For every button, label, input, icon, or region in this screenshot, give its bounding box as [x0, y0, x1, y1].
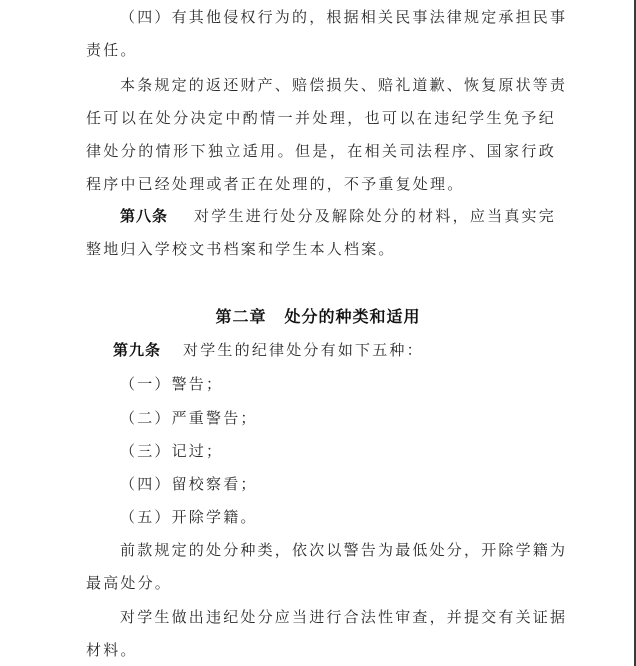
article-label: 第九条: [113, 341, 161, 359]
article-9: 第九条对学生的纪律处分有如下五种：: [113, 338, 583, 362]
paragraph-line: 任可以在处分决定中酌情一并处理，也可以在违纪学生免予纪: [86, 106, 556, 130]
article-8: 第八条 对学生进行处分及解除处分的材料，应当真实完: [120, 204, 556, 228]
paragraph-text: 对学生的纪律处分有如下五种：: [183, 341, 424, 359]
paragraph-text: 对学生进行处分及解除处分的材料，应当真实完: [194, 204, 556, 228]
paragraph-line: 对学生做出违纪处分应当进行合法性审查，并提交有关证据: [120, 605, 556, 629]
paragraph-line: （四）有其他侵权行为的，根据相关民事法律规定承担民事: [120, 5, 556, 29]
list-item: （二）严重警告；: [120, 406, 556, 430]
chapter-title: 处分的种类和适用: [285, 307, 421, 326]
chapter-number: 第二章: [215, 307, 266, 326]
paragraph-line: 律处分的情形下独立适用。但是，在相关司法程序、国家行政: [86, 139, 556, 163]
paragraph-line: 最高处分。: [86, 571, 556, 595]
paragraph-line: 本条规定的返还财产、赔偿损失、赔礼道歉、恢复原状等责: [120, 73, 556, 97]
paragraph-line: 整地归入学校文书档案和学生本人档案。: [86, 237, 556, 261]
list-item: （一）警告；: [120, 372, 556, 396]
list-item: （五）开除学籍。: [120, 505, 556, 529]
chapter-heading: 第二章处分的种类和适用: [0, 305, 636, 329]
paragraph-line: 前款规定的处分种类，依次以警告为最低处分，开除学籍为: [120, 538, 556, 562]
list-item: （三）记过；: [120, 439, 556, 463]
paragraph-line: 程序中已经处理或者正在处理的，不予重复处理。: [86, 172, 556, 196]
paragraph-line: 材料。: [86, 638, 556, 662]
paragraph-line: 责任。: [86, 38, 556, 62]
list-item: （四）留校察看；: [120, 472, 556, 496]
article-label: 第八条: [120, 204, 168, 228]
